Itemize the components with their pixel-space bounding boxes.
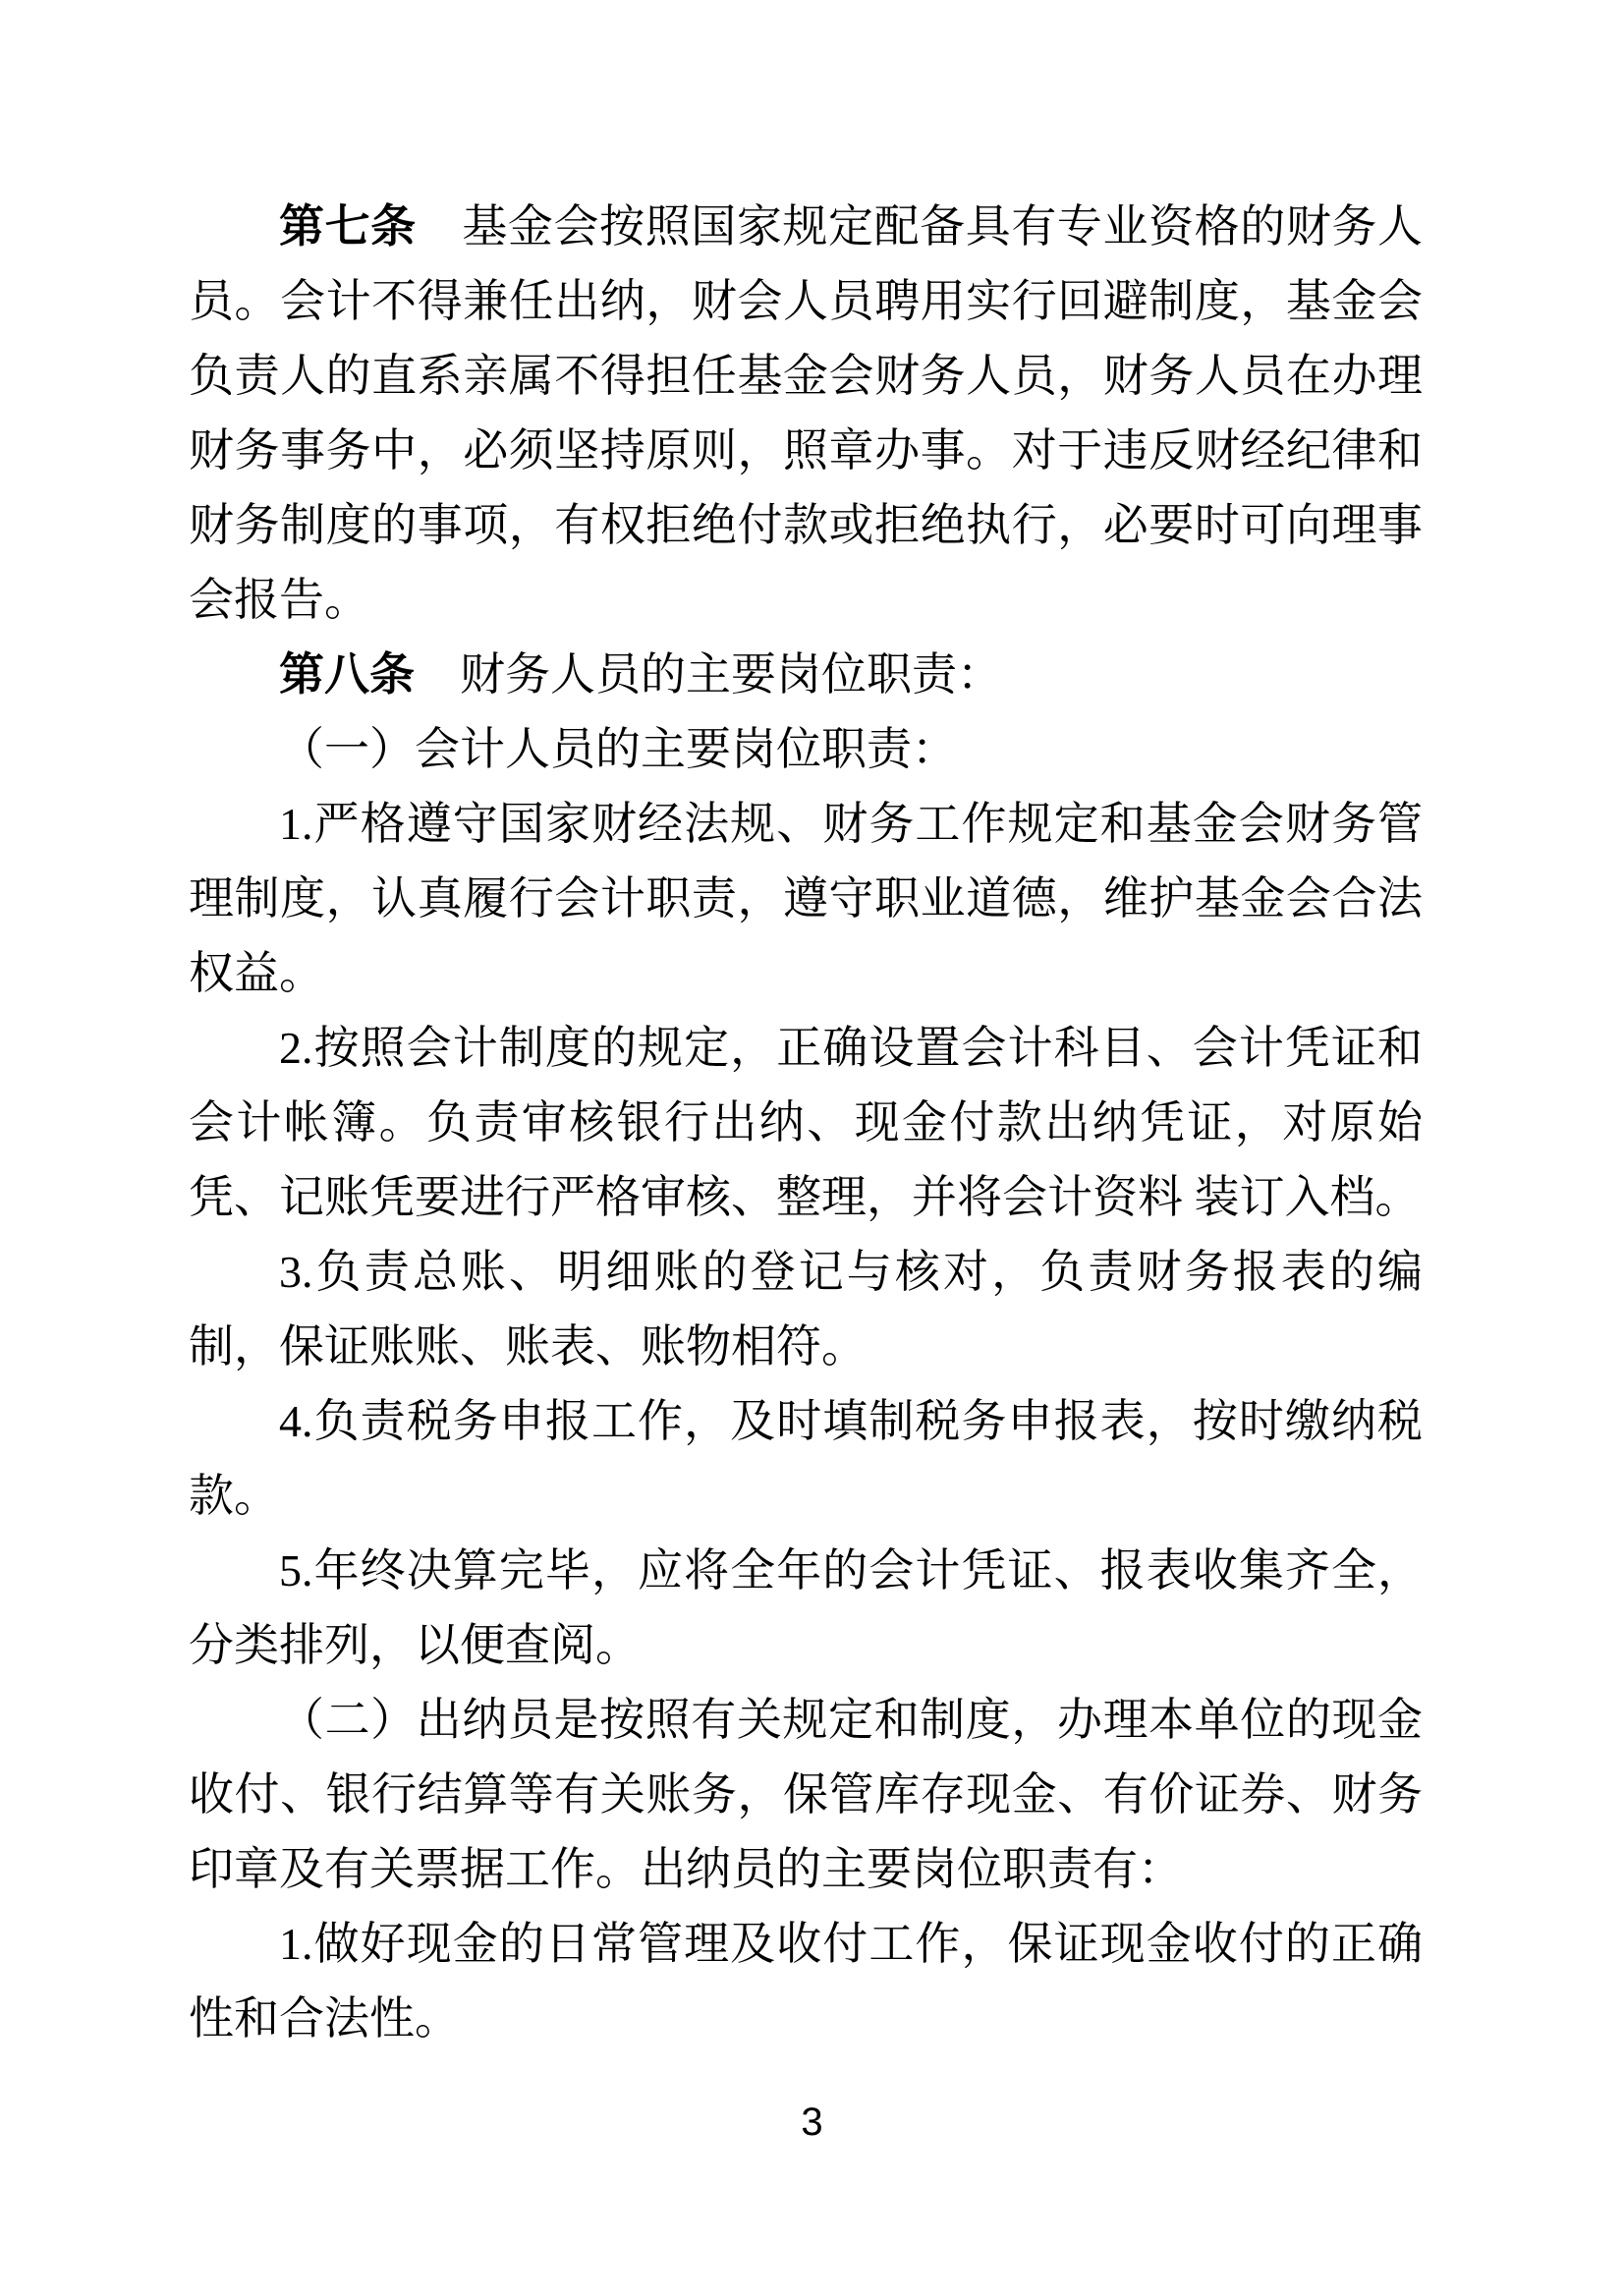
article-7-number: 第七条 (279, 201, 417, 252)
section-2-intro-text: （二）出纳员是按照有关规定和制度，办理本单位的现金收付、银行结算等有关账务，保管… (189, 1695, 1423, 1894)
cashier-duty-1-text: 1.做好现金的日常管理及收付工作，保证现金收付的正确性和合法性。 (189, 1919, 1423, 2044)
paragraph-cashier-duty-1: 1.做好现金的日常管理及收付工作，保证现金收付的正确性和合法性。 (189, 1907, 1423, 2056)
document-body: 第七条 基金会按照国家规定配备具有专业资格的财务人员。会计不得兼任出纳，财会人员… (189, 190, 1423, 2056)
article-8-number: 第八条 (279, 649, 415, 700)
accountant-duty-2-text: 2.按照会计制度的规定，正确设置会计科目、会计凭证和会计帐簿。负责审核银行出纳、… (189, 1023, 1423, 1222)
paragraph-section-2-intro: （二）出纳员是按照有关规定和制度，办理本单位的现金收付、银行结算等有关账务，保管… (189, 1683, 1423, 1907)
accountant-duty-3-text: 3.负责总账、明细账的登记与核对，负责财务报表的编制，保证账账、账表、账物相符。 (189, 1247, 1423, 1372)
article-8-text: 财务人员的主要岗位职责： (415, 649, 1002, 700)
accountant-duty-1-text: 1.严格遵守国家财经法规、财务工作规定和基金会财务管理制度，认真履行会计职责，遵… (189, 799, 1423, 998)
section-1-heading-text: （一）会计人员的主要岗位职责： (279, 724, 957, 774)
accountant-duty-5-text: 5.年终决算完毕，应将全年的会计凭证、报表收集齐全，分类排列，以便查阅。 (189, 1545, 1423, 1670)
paragraph-section-1-heading: （一）会计人员的主要岗位职责： (189, 712, 1423, 787)
document-page: 第七条 基金会按照国家规定配备具有专业资格的财务人员。会计不得兼任出纳，财会人员… (0, 0, 1624, 2296)
paragraph-accountant-duty-2: 2.按照会计制度的规定，正确设置会计科目、会计凭证和会计帐簿。负责审核银行出纳、… (189, 1011, 1423, 1235)
page-number: 3 (801, 2100, 822, 2144)
paragraph-article-8: 第八条 财务人员的主要岗位职责： (189, 638, 1423, 712)
paragraph-accountant-duty-5: 5.年终决算完毕，应将全年的会计凭证、报表收集齐全，分类排列，以便查阅。 (189, 1534, 1423, 1683)
paragraph-accountant-duty-1: 1.严格遵守国家财经法规、财务工作规定和基金会财务管理制度，认真履行会计职责，遵… (189, 787, 1423, 1011)
paragraph-accountant-duty-3: 3.负责总账、明细账的登记与核对，负责财务报表的编制，保证账账、账表、账物相符。 (189, 1235, 1423, 1384)
article-7-text: 基金会按照国家规定配备具有专业资格的财务人员。会计不得兼任出纳，财会人员聘用实行… (189, 201, 1423, 625)
accountant-duty-4-text: 4.负责税务申报工作，及时填制税务申报表，按时缴纳税款。 (189, 1396, 1423, 1521)
paragraph-article-7: 第七条 基金会按照国家规定配备具有专业资格的财务人员。会计不得兼任出纳，财会人员… (189, 190, 1423, 638)
paragraph-accountant-duty-4: 4.负责税务申报工作，及时填制税务申报表，按时缴纳税款。 (189, 1384, 1423, 1534)
page-footer: 3 (0, 2100, 1624, 2145)
